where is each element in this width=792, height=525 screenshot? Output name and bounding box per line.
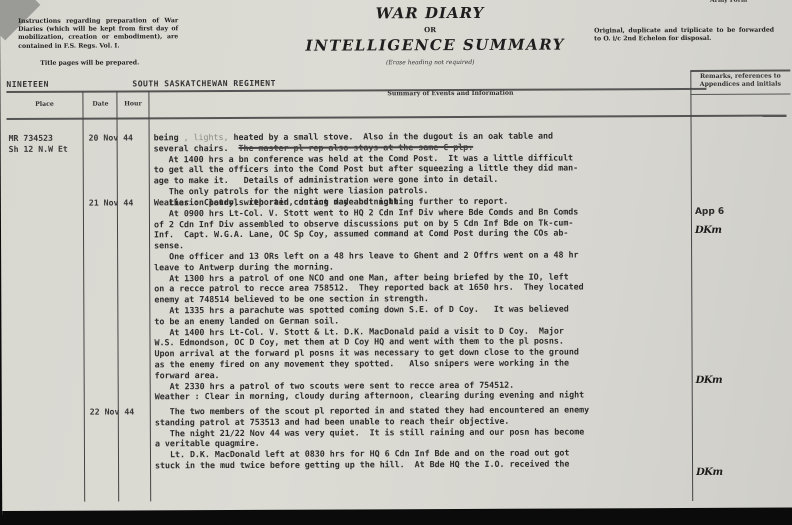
summary-text: At 1335 hrs a parachute was spotted comi… [154,303,568,315]
summary-text: At 2330 hrs a patrol of two scouts were … [155,379,514,391]
header-hour: Hour [117,100,148,107]
summary-line: Weather : Clear in morning, cloudy durin… [155,389,715,402]
unit-number: NINETEEN [6,80,49,89]
header-date: Date [84,100,116,107]
summary-text: forward area. [155,370,220,380]
summary-text: The master pl rep also stays at the same… [239,142,474,153]
summary-text: stuck in the mud twice before getting up… [155,459,569,471]
place-line-1: MR 734523 [9,133,68,144]
summary-text: At 1400 hrs a bn conference was held at … [154,152,573,164]
summary-text: heated by a small stove. Also in the dug… [233,131,553,142]
place-line-2: Sh 12 N.W Et [9,144,68,155]
title-intelligence-summary: INTELLIGENCE SUMMARY [270,35,600,54]
erase-heading-note: (Erase heading not required) [330,59,530,67]
summary-text: Upon arrival at the forward pl posns it … [155,347,579,359]
summary-text: on a recce patrol to recce area 758512. … [154,282,583,294]
col-divider-date [116,91,119,501]
entry-date: 22 Nov 44 [90,406,134,416]
entry-summary: The two members of the scout pl reported… [155,404,715,471]
header-remarks: Remarks, references to Appendices and in… [694,73,786,89]
summary-text: , lights, [179,132,234,142]
summary-text: standing patrol at 753513 and had been u… [155,416,509,428]
title-pages-note: Title pages will be prepared. [40,59,139,66]
summary-text: Lt. D.K. MacDonald left at 0830 hrs for … [155,448,569,460]
header-summary: Summary of Events and Information [300,89,600,97]
rule-remarks-top [690,70,790,72]
title-war-diary: WAR DIARY [330,4,530,23]
officer-initials: DKm [696,375,723,386]
summary-line: stuck in the mud twice before getting up… [155,458,715,471]
summary-text: W.S. Edmondson, OC D Coy, met them at D … [154,336,563,348]
summary-text: a veritable quagmire. [155,438,260,448]
summary-text: At 0900 hrs Lt-Col. V. Stott went to HQ … [154,206,578,218]
header-place: Place [8,101,80,108]
entry-date: 21 Nov 44 [89,197,133,207]
col-divider-hour [148,91,151,501]
col-divider-place [82,92,85,502]
summary-text: Liasion patrols reported contact made bu… [154,196,508,208]
summary-text: as the enemy fired on any movement they … [155,357,569,369]
unit-regiment: SOUTH SASKATCHEWAN REGIMENT [132,79,276,89]
summary-text: sense. [154,240,184,250]
summary-text: The only patrols for the night were lias… [154,185,429,196]
scan-edge [2,508,792,525]
rule-remarks-header [690,94,790,95]
summary-text: At 1300 hrs a patrol of one NCO and one … [154,271,568,283]
war-diary-page: Army Form Instructions regarding prepara… [0,0,792,515]
title-or: OR [330,25,530,35]
summary-text: of 2 Cdn Inf Div assembled to observe di… [154,217,573,229]
summary-text: The two members of the scout pl reported… [155,404,589,416]
summary-text: One officer and 13 ORs left on a 48 hrs … [154,249,578,261]
summary-text: Inf. Capt. W.G.A. Lane, OC Sp Coy, assum… [154,228,568,240]
summary-text: age to make it. Details of administratio… [154,174,499,186]
officer-initials: DKm [696,467,723,478]
army-form-tag: Army Form [710,0,747,4]
summary-text: enemy at 748514 believed to be one secti… [154,293,429,304]
summary-text: being [154,132,179,142]
entry-summary: Liasion patrols reported contact made bu… [154,195,715,403]
summary-text: to be an enemy landed on German soil. [154,315,339,326]
summary-text: At 1400 hrs Lt-Col. V. Stott & Lt. D.K. … [154,325,563,337]
summary-text: leave to Antwerp during the morning. [154,261,334,272]
summary-text: several chairs. [154,143,239,153]
place-cell: MR 734523Sh 12 N.W Et [9,133,68,155]
instructions-note: Instructions regarding preparation of Wa… [18,17,178,51]
rule-header-bottom [7,115,787,120]
disposal-note: Original, duplicate and triplicate to be… [594,27,774,44]
summary-text: Weather : Clear in morning, cloudy durin… [155,390,584,402]
entry-date: 20 Nov 44 [89,132,133,142]
summary-text: The night 21/22 Nov 44 was very quiet. I… [155,426,584,438]
summary-text: to get all the officers into the Comd Po… [154,163,578,175]
